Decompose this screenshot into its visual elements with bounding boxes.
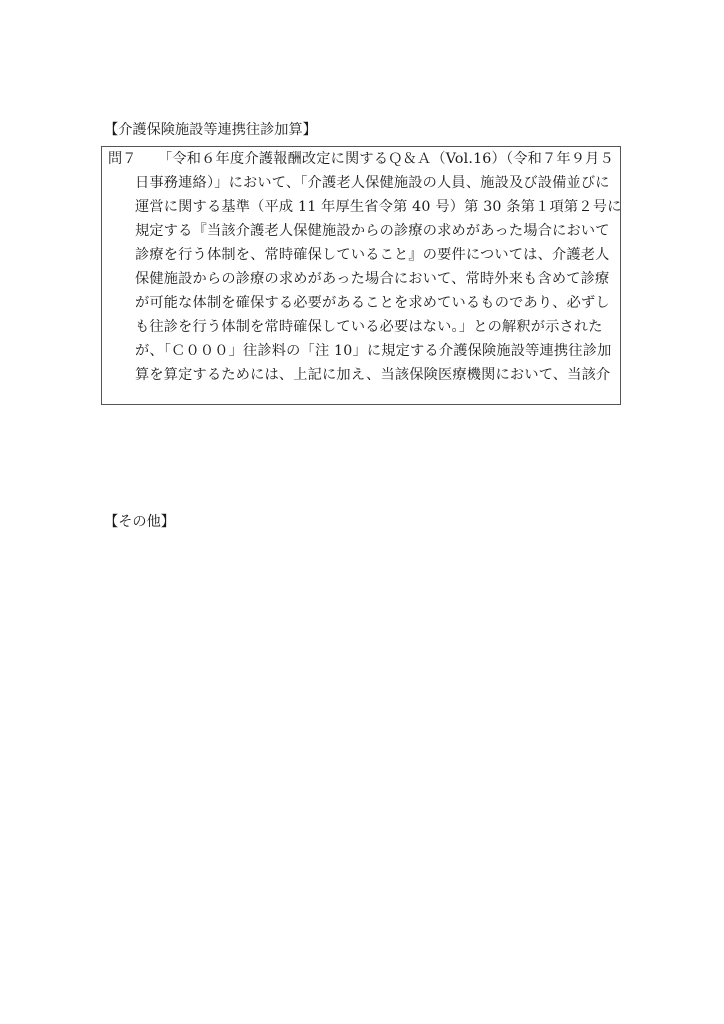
question-line: 運営に関する基準（平成 11 年厚生省令第 40 号）第 30 条第１項第２号に [135,197,621,217]
section-title-caregiving-visit: 【介護保険施設等連携往診加算】 [104,120,317,140]
question-line: 「令和６年度介護報酬改定に関するＱ＆Ａ（Vol.16）（令和７年９月５ [158,149,614,169]
question-line: 規定する『当該介護老人保健施設からの診療の求めがあった場合において [135,221,610,241]
question-line: 算を算定するためには、上記に加え、当該保険医療機関において、当該介 [135,365,610,385]
question-label: 問７ [108,149,136,169]
question-line: 診療を行う体制を、常時確保していること』の要件については、介護老人 [135,245,610,265]
question-line: 保健施設からの診療の求めがあった場合において、常時外来も含めて診療 [135,269,609,289]
question-line: が、「Ｃ０００」往診料の「注 10」に規定する介護保険施設等連携往診加 [135,341,611,361]
question-line: も往診を行う体制を常時確保している必要はない。」との解釈が示された [135,317,603,337]
question-line: が可能な体制を確保する必要があることを求めているものであり、必ずし [135,293,610,313]
section-title-other: 【その他】 [104,512,175,532]
question-line: 日事務連絡）」において、「介護老人保健施設の人員、施設及び設備並びに [135,173,610,193]
